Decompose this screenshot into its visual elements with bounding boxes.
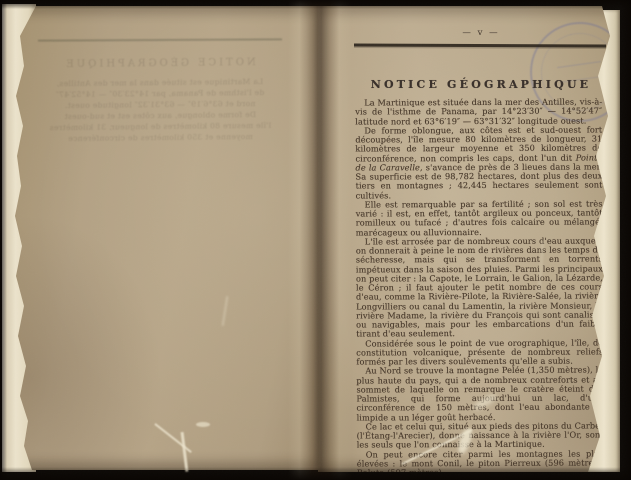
body-paragraph: Considérée sous le point de vue orograph…	[356, 338, 603, 367]
left-page: NOTICE GÉOGRAPHIQUE La Martinique est si…	[6, 6, 318, 470]
body-paragraph: L'île est arrosée par de nombreux cours …	[356, 236, 603, 339]
bleed-through-text: NOTICE GÉOGRAPHIQUE La Martinique est si…	[34, 57, 287, 145]
bleed-line: moyenne et 350 kilomètres de circonféren…	[34, 131, 286, 145]
body-paragraph: Ce lac et celui qui, situé aux pieds des…	[357, 421, 604, 450]
bleed-through-rule	[38, 38, 282, 41]
body-paragraph: Elle est remarquable par sa fertilité ; …	[356, 199, 603, 237]
header-rule	[354, 43, 606, 47]
body-paragraph: La Martinique est située dans la mer des…	[355, 97, 602, 126]
paragraph-segment: De forme oblongue, aux côtes est et sud-…	[355, 124, 602, 163]
right-page: — v — NOTICE GÉOGRAPHIQUE La Martinique …	[318, 6, 618, 472]
body-paragraph: De forme oblongue, aux côtes est et sud-…	[355, 125, 602, 200]
body-text-column: La Martinique est située dans la mer des…	[355, 97, 604, 477]
bleed-title: NOTICE GÉOGRAPHIQUE	[34, 57, 286, 71]
body-paragraph: Au Nord se trouve la montagne Pelée (1,3…	[356, 366, 603, 423]
book-scan: NOTICE GÉOGRAPHIQUE La Martinique est si…	[0, 0, 631, 480]
page-number: — v —	[358, 28, 604, 38]
notice-title: NOTICE GÉOGRAPHIQUE	[358, 78, 604, 91]
body-paragraph: On peut encore citer parmi les montagnes…	[357, 449, 604, 478]
